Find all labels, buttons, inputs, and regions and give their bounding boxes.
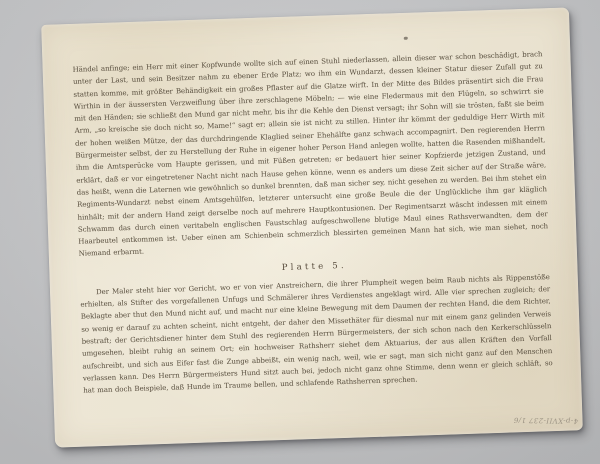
- pencil-annotation: 4-p-XVII-237 1/6: [514, 416, 579, 425]
- scanner-background: Händel anfinge; ein Herr mit einer Kopfw…: [0, 0, 600, 464]
- paragraph-continuation: Händel anfinge; ein Herr mit einer Kopfw…: [72, 48, 548, 260]
- scanned-page: Händel anfinge; ein Herr mit einer Kopfw…: [41, 7, 583, 447]
- paper-speck: [404, 37, 408, 40]
- paragraph-plate-description: Der Maler steht hier vor Gericht, wo er …: [80, 271, 553, 397]
